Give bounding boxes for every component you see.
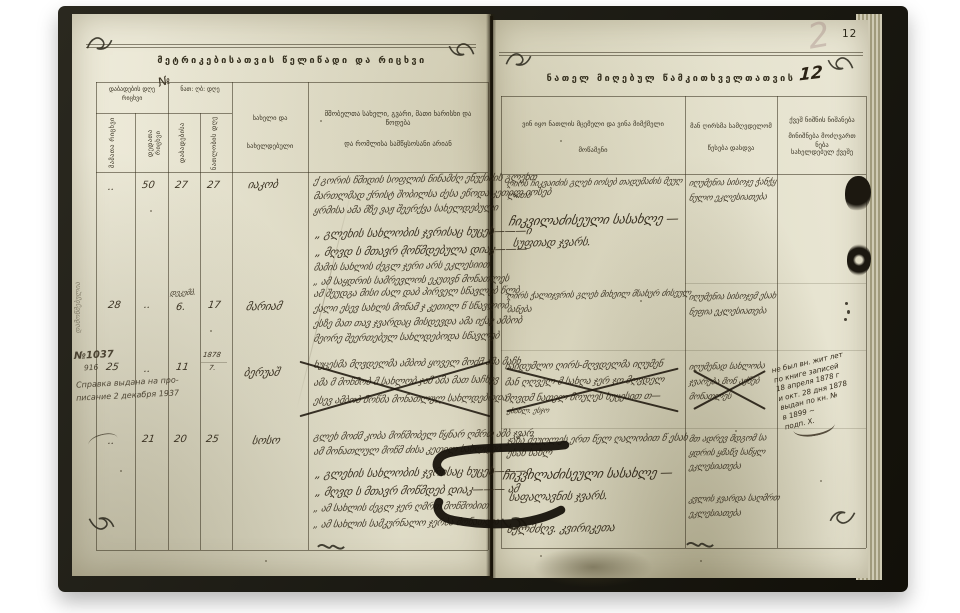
entry-number: 21: [141, 434, 155, 445]
header-bottom-line: [501, 174, 866, 175]
header-officiant-line2: წესება დასდვა: [689, 144, 773, 153]
entry-number: ..: [107, 182, 115, 193]
entry-line: ყდრის ყმაწვ საწყლ: [688, 447, 766, 458]
paper-speck: [402, 255, 404, 257]
entry-line: მამის სახლის ძეგლ ჯერი არს ეკლესიით: [313, 259, 491, 273]
table-border: [501, 96, 866, 97]
entry-line: ეკლესიათება: [688, 509, 742, 520]
entry-number: 50: [141, 180, 155, 191]
ink-blot: [847, 244, 871, 276]
margin-vertical-note: დამოწმებულია: [74, 282, 82, 333]
entry-line: იღუმენია სისოჯემ ესახ: [688, 291, 777, 303]
header-vertical-male: მამათა რიცხვი: [108, 116, 116, 170]
entry-number: 27: [206, 180, 220, 191]
paper-speck: [820, 480, 822, 482]
entry-number: 27: [174, 180, 188, 191]
margin-note-line: Справка выдана на про-: [76, 375, 179, 389]
entry-line: ამ შეუდგა მისი ძალ დაბ პირველ სწავლებ წლ…: [313, 285, 521, 300]
entry-name: იაკობ: [247, 178, 279, 192]
column-line: [685, 96, 686, 548]
corner-flourish-icon: [829, 508, 856, 527]
table-border: [866, 96, 867, 548]
entry-line: ღირს ჭალიჯვრის გლეხ მიხეილ მსახურ ძისეულ: [506, 288, 692, 301]
header-remarks-line3: სახელდებულ ქვეშე: [781, 148, 863, 157]
paper-speck: [320, 120, 322, 122]
margin-note-line: писание 2 декабря 1937: [76, 388, 180, 402]
paper-speck: [735, 430, 737, 432]
ink-blot: [845, 176, 871, 212]
corner-flourish-icon: [827, 54, 854, 73]
header-baptism-group: ნათ: ღბ: დღე: [170, 85, 230, 94]
entry-line: კვლის ჯვარდა საღმრთ: [688, 493, 781, 505]
ink-speck: [847, 310, 850, 314]
header-vertical-baptism: ნათლობის დღე: [210, 116, 218, 170]
entry-year: 1878: [202, 351, 221, 359]
table-border: [96, 82, 488, 83]
cross-out-mark: [691, 356, 769, 422]
paper-speck: [560, 140, 562, 142]
entry-line: ყრმისა ამა მზე ვაჟ შეერქვა სახელდებული: [313, 202, 499, 216]
column-line: [232, 82, 233, 550]
entry-number: 20: [173, 434, 187, 445]
center-flourish-icon: [314, 538, 348, 557]
entry-line: ქალი ესევ სახლს მოწამ ჯ კეთილ წ სწავლობ: [313, 300, 510, 314]
table-border: [96, 550, 488, 551]
ink-speck: [845, 302, 848, 305]
header-bottom-line: [96, 172, 488, 173]
rule-line: [499, 52, 863, 53]
column-line: [135, 113, 136, 550]
column-line: [777, 96, 778, 548]
entry-number: 17: [207, 300, 221, 311]
paper-speck: [700, 560, 702, 562]
header-godparents-line1: ვინ იყო ნათლის მცემელი და ვინა მიმქმელი: [507, 120, 679, 129]
margin-check-curve: [87, 430, 120, 452]
header-vertical-birth: დაბადებისა: [178, 116, 186, 170]
entry-number: 11: [175, 362, 189, 373]
entry-line: მთ ადრევ მდგომ სა: [688, 433, 767, 444]
header-godparents-line2: მოწამენი: [507, 146, 679, 155]
cross-out-mark: [507, 354, 677, 424]
column-line: [168, 82, 169, 550]
printed-page-number: 12: [842, 28, 857, 40]
header-birth-group: დაბადების დღე რიცხვი: [98, 85, 166, 103]
entry-line: სუფთად ჯვარს.: [512, 235, 593, 249]
binding-straps: [415, 432, 585, 532]
entry-line: ნეფია ეკლესიათება: [688, 306, 767, 317]
entry-number: ..: [107, 436, 115, 447]
entry-name: მარიამ: [245, 300, 283, 314]
entry-line: ლითა: [506, 191, 531, 201]
paper-speck: [210, 330, 212, 332]
header-name-line2: სახელდებული: [232, 142, 308, 151]
column-line: [200, 113, 201, 550]
entry-line: ღირს ჩიკვაიძის გლეხ იოსებ თადუმაძის მეუღ: [506, 176, 683, 189]
paper-smudge: [533, 546, 653, 588]
table-border: [96, 82, 97, 550]
entry-line: ნულო ეკლესიათება: [688, 192, 768, 203]
paper-speck: [640, 300, 642, 302]
rule-line: [499, 55, 863, 56]
registry-book-photo: № დამოწმებულია მეტრიკებისათვის წელიწადი …: [0, 0, 960, 613]
entry-number: 28: [107, 300, 121, 311]
entry-line: იღუმენია სისოჯე ჭანჭყ: [688, 177, 777, 189]
rule-line: [86, 44, 476, 45]
row-line: [501, 350, 866, 351]
paper-speck: [540, 555, 542, 557]
entry-number: 25: [105, 362, 119, 373]
entry-line: ჩიკვილაძისეული სასახლე —: [507, 211, 680, 229]
margin-record-number2: 916: [84, 363, 99, 373]
paper-speck: [265, 560, 267, 562]
entry-name: ბერუაშ: [243, 366, 281, 380]
left-page-title: მეტრიკებისათვის წელიწადი და რიცხვი: [96, 56, 488, 66]
entry-number: 25: [205, 434, 219, 445]
entry-number: 6.: [175, 302, 186, 313]
header-parents-line2: და რომლისა სამწყსოსანი არიან: [312, 140, 484, 149]
header-split-line: [96, 113, 232, 114]
paper-speck: [120, 470, 122, 472]
entry-month-word: დეკემბ.: [169, 288, 197, 297]
cross-out-mark: [300, 350, 490, 426]
rule-line: [86, 47, 476, 48]
corner-flourish-icon: [88, 514, 115, 533]
entry-name: სოსო: [251, 434, 281, 447]
paper-speck: [150, 210, 152, 212]
entry-day: 7.: [208, 364, 216, 372]
column-line: [308, 82, 309, 550]
center-flourish-icon: [683, 536, 717, 555]
right-page-title: ნათელ მიღებულ წამკითხველთათვის: [501, 74, 841, 84]
entry-number: ..: [143, 300, 151, 311]
entry-line: ეკლესიათება: [688, 462, 742, 473]
header-name-line1: სახელი და: [232, 114, 308, 123]
ink-speck: [844, 318, 847, 321]
entry-line: მეორე შეერთებულ სახლდებოდა სწავლებ: [313, 330, 501, 344]
entry-line: ბანება: [506, 305, 532, 315]
header-remarks-line1: ქვეშ ნიშნის ნიშანება: [781, 116, 863, 125]
row-line: [685, 283, 866, 284]
header-parents-line1: მშობელთა სახელი, გვარი, მათი ხარისხი და …: [312, 110, 484, 128]
table-border: [501, 548, 866, 549]
header-vertical-female: დედათა რიცხვი: [146, 116, 162, 170]
fraction-line: [201, 362, 227, 363]
margin-record-number: №1037: [74, 349, 114, 362]
header-officiant-line1: მან ღირსმა სამღვდელომ: [689, 122, 773, 131]
entry-number: ..: [143, 364, 151, 375]
